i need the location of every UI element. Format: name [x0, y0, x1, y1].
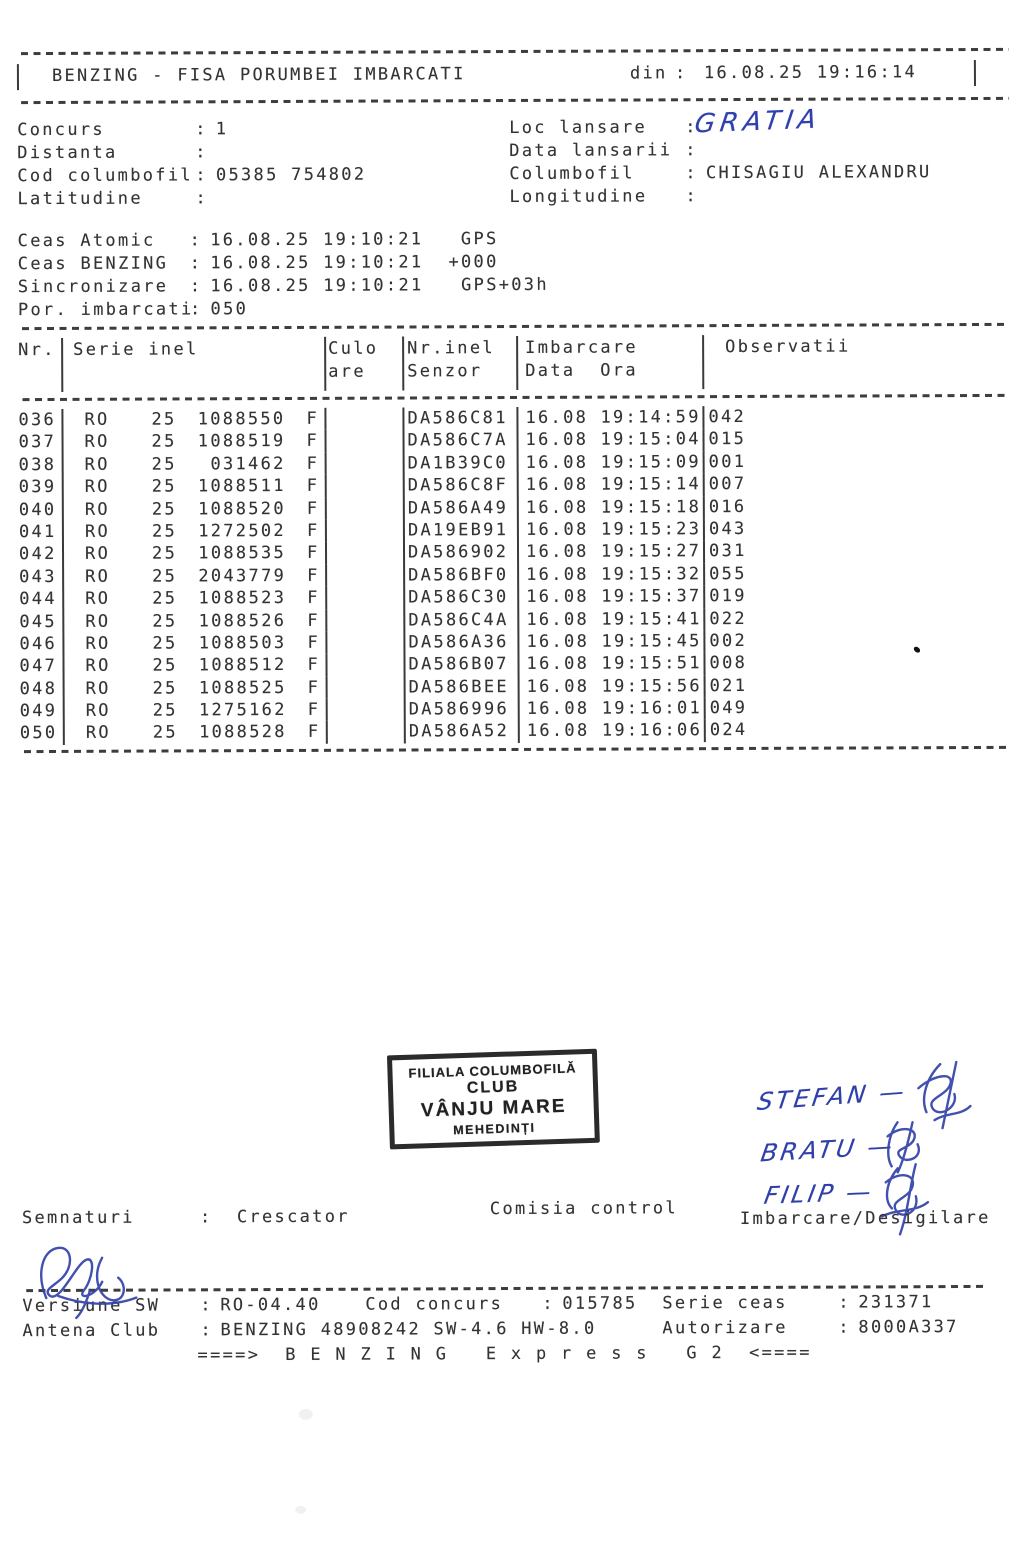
antena-club-label: Antena Club — [22, 1321, 160, 1342]
cell-data: 16.08 — [526, 563, 589, 586]
cell-senzor: DA586A52 — [409, 720, 509, 743]
column-separator — [402, 430, 404, 452]
cell-data: 16.08 — [526, 653, 589, 676]
info-separator: : — [685, 140, 698, 160]
cell-data: 16.08 — [526, 496, 589, 519]
col-header-serie: Serie inel — [73, 339, 198, 360]
cell-ora: 19:15:09 — [601, 451, 701, 474]
cod-concurs-separator: : — [542, 1294, 555, 1314]
column-separator — [325, 587, 327, 609]
versiune-sw-value: RO-04.40 — [220, 1295, 320, 1315]
autorizare-value: 8000A337 — [858, 1317, 958, 1337]
info-label: Data lansarii — [509, 139, 685, 163]
cell-nr: 046 — [19, 633, 59, 656]
clock-value: 16.08.25 19:10:21 GPS+03h — [210, 275, 549, 296]
column-separator — [326, 699, 328, 721]
info-separator: : — [195, 142, 208, 162]
handwritten-name: FILIP — — [762, 1178, 876, 1210]
column-separator — [403, 564, 405, 586]
clock-label: Sincronizare — [18, 275, 190, 299]
column-separator — [518, 676, 520, 698]
column-separator — [61, 338, 63, 392]
cell-nr: 036 — [18, 409, 58, 432]
column-separator — [703, 652, 705, 674]
col-header-ora: Ora — [600, 360, 638, 380]
cell-nr: 044 — [19, 588, 59, 611]
column-separator — [517, 586, 519, 608]
cell-sex: F — [307, 497, 320, 519]
clock-line: Sincronizare:16.08.25 19:10:21 GPS+03h — [18, 274, 549, 299]
info-line: Data lansarii: — [509, 138, 931, 163]
cell-data: 16.08 — [526, 631, 589, 654]
cell-data: 16.08 — [527, 720, 590, 743]
cell-year: 25 — [152, 498, 177, 521]
column-separator — [703, 585, 705, 607]
cell-observatii: 024 — [710, 719, 748, 742]
column-separator — [62, 588, 64, 610]
scan-smudge — [295, 1506, 306, 1514]
column-separator — [403, 587, 405, 609]
scan-smudge — [299, 1409, 313, 1420]
info-line: Distanta: — [17, 141, 366, 166]
column-separator — [702, 335, 704, 389]
cell-sex: F — [307, 654, 320, 676]
info-line: Cod columbofil:05385 754802 — [17, 164, 366, 189]
cell-observatii: 031 — [709, 540, 747, 563]
column-separator — [325, 475, 327, 497]
info-separator: : — [195, 119, 208, 139]
cell-year: 25 — [152, 520, 177, 543]
cell-year: 25 — [153, 722, 178, 745]
cell-senzor: DA586A49 — [408, 497, 508, 520]
info-label: Columbofil — [509, 162, 685, 186]
cell-year: 25 — [152, 453, 177, 476]
column-separator — [703, 496, 705, 518]
column-separator — [324, 408, 326, 430]
clock-separator: : — [190, 299, 203, 319]
semnaturi-label: Semnaturi — [22, 1208, 135, 1228]
column-separator — [325, 609, 327, 631]
cell-country: RO — [85, 588, 110, 611]
cell-sex: F — [306, 408, 319, 430]
divider — [22, 394, 1008, 401]
cell-year: 25 — [152, 476, 177, 499]
cell-senzor: DA586C81 — [407, 407, 507, 430]
info-label: Longitudine — [509, 185, 685, 209]
info-label: Concurs — [17, 118, 195, 142]
crescator-label: Crescator — [237, 1207, 350, 1227]
divider — [24, 746, 1010, 753]
column-separator — [62, 566, 64, 588]
column-separator — [704, 675, 706, 697]
col-header-senzor-2: Senzor — [407, 361, 482, 381]
info-value: 1 — [216, 119, 229, 139]
cell-ring: 031462 — [182, 453, 286, 476]
autorizare-label: Autorizare — [662, 1318, 787, 1339]
column-separator — [517, 564, 519, 586]
column-separator — [325, 654, 327, 676]
column-separator — [517, 452, 519, 474]
cell-country: RO — [86, 700, 111, 723]
info-value: 05385 754802 — [216, 165, 367, 186]
clock-value: 16.08.25 19:10:21 GPS — [210, 229, 498, 250]
cell-ring: 1088520 — [182, 498, 286, 521]
cell-data: 16.08 — [525, 407, 588, 430]
col-header-data: Data — [525, 361, 575, 381]
serie-ceas-separator: : — [838, 1293, 851, 1313]
col-header-culoare-2: are — [328, 362, 366, 382]
cell-sex: F — [308, 721, 321, 743]
cell-country: RO — [86, 677, 111, 700]
cell-country: RO — [85, 610, 110, 633]
column-separator — [403, 497, 405, 519]
cell-sex: F — [307, 520, 320, 542]
cell-country: RO — [85, 476, 110, 499]
handwritten-name: STEFAN — — [756, 1077, 909, 1116]
info-line: Longitudine: — [509, 184, 931, 209]
cell-data: 16.08 — [526, 519, 589, 542]
cell-data: 16.08 — [527, 675, 590, 698]
clock-value: 050 — [210, 299, 248, 319]
cell-observatii: 007 — [709, 473, 747, 496]
column-separator — [704, 697, 706, 719]
clock-separator: : — [190, 253, 203, 273]
handwritten-names: STEFAN — BRATU — FILIP — — [0, 0, 1021, 2]
cell-ora: 19:15:41 — [601, 608, 701, 631]
cell-country: RO — [85, 498, 110, 521]
column-separator — [517, 541, 519, 563]
cell-sex: F — [308, 699, 321, 721]
cell-sex: F — [306, 430, 319, 452]
clock-value: 16.08.25 19:10:21 +000 — [210, 252, 498, 273]
cell-observatii: 021 — [710, 675, 748, 698]
col-header-culoare-1: Culo — [328, 339, 378, 359]
cell-sex: F — [307, 587, 320, 609]
cell-ora: 19:16:01 — [602, 697, 702, 720]
cell-country: RO — [84, 409, 109, 432]
antena-club-value: BENZING 48908242 SW-4.6 HW-8.0 — [220, 1319, 596, 1341]
cod-concurs-value: 015785 — [562, 1293, 637, 1313]
col-header-imbarcare: Imbarcare — [525, 337, 638, 357]
column-separator — [702, 429, 704, 451]
cell-ring: 2043779 — [182, 565, 286, 588]
title-box-right-pipe — [974, 60, 976, 86]
column-separator — [325, 453, 327, 475]
cell-country: RO — [85, 633, 110, 656]
clock-block: Ceas Atomic:16.08.25 19:10:21 GPS Ceas B… — [18, 228, 549, 322]
cell-senzor: DA1B39C0 — [408, 452, 508, 475]
serie-ceas-label: Serie ceas — [662, 1293, 787, 1314]
comisia-control-label: Comisia control — [490, 1198, 678, 1219]
cell-senzor: DA586B07 — [408, 653, 508, 676]
cell-nr: 038 — [19, 454, 59, 477]
cell-nr: 050 — [20, 722, 60, 745]
cell-nr: 039 — [19, 476, 59, 499]
cell-ring: 1088511 — [182, 475, 286, 498]
cell-senzor: DA586BEE — [409, 676, 509, 699]
cell-year: 25 — [153, 677, 178, 700]
cell-sex: F — [308, 677, 321, 699]
cell-country: RO — [85, 454, 110, 477]
clock-separator: : — [190, 276, 203, 296]
column-separator — [62, 499, 64, 521]
divider — [22, 323, 1008, 330]
cell-ring: 1088519 — [181, 430, 285, 453]
cell-nr: 042 — [19, 543, 59, 566]
column-separator — [62, 543, 64, 565]
scanned-benzing-form: BENZING - FISA PORUMBEI IMBARCATI din : … — [0, 0, 1024, 1553]
cell-sex: F — [307, 542, 320, 564]
column-separator — [402, 407, 404, 429]
column-separator — [516, 336, 518, 390]
clock-line: Ceas BENZING:16.08.25 19:10:21 +000 — [18, 251, 549, 276]
info-separator: : — [685, 186, 698, 206]
handwritten-loc-lansare: GRATIA — [693, 104, 823, 139]
cell-ring: 1088512 — [182, 654, 286, 677]
cell-ring: 1088550 — [181, 408, 285, 431]
cell-sex: F — [307, 632, 320, 654]
cell-senzor: DA586902 — [408, 541, 508, 564]
cod-concurs-label: Cod concurs — [365, 1294, 503, 1315]
cell-ring: 1275162 — [183, 699, 287, 722]
cell-data: 16.08 — [526, 474, 589, 497]
cell-senzor: DA586C8F — [408, 474, 508, 497]
col-header-senzor-1: Nr.inel — [407, 338, 495, 358]
cell-year: 25 — [152, 632, 177, 655]
cell-country: RO — [85, 565, 110, 588]
antena-club-separator: : — [200, 1320, 213, 1340]
cell-data: 16.08 — [527, 698, 590, 721]
cell-observatii: 019 — [709, 585, 747, 608]
versiune-sw-separator: : — [200, 1295, 213, 1315]
clock-line: Ceas Atomic:16.08.25 19:10:21 GPS — [18, 228, 549, 253]
cell-nr: 045 — [19, 610, 59, 633]
column-separator — [324, 430, 326, 452]
cell-sex: F — [307, 609, 320, 631]
cell-data: 16.08 — [526, 451, 589, 474]
info-label: Loc lansare — [509, 116, 685, 140]
cell-data: 16.08 — [526, 586, 589, 609]
col-header-observatii: Observatii — [725, 337, 850, 358]
cell-ora: 19:15:14 — [601, 473, 701, 496]
cell-senzor: DA586C7A — [407, 429, 507, 452]
cell-data: 16.08 — [526, 608, 589, 631]
pigeon-table: 036 RO 25 1088550 F DA586C81 16.08 19:14… — [18, 405, 1005, 745]
cell-data: 16.08 — [525, 429, 588, 452]
column-separator — [403, 609, 405, 631]
column-separator — [703, 630, 705, 652]
column-separator — [702, 406, 704, 428]
breeder-signature-scribble — [32, 1239, 172, 1320]
column-separator — [63, 722, 65, 744]
cell-nr: 040 — [19, 499, 59, 522]
semnaturi-separator: : — [200, 1207, 213, 1227]
cell-nr: 048 — [20, 678, 60, 701]
column-separator — [518, 698, 520, 720]
divider — [21, 97, 1009, 104]
column-separator — [517, 519, 519, 541]
column-separator — [517, 474, 519, 496]
cell-country: RO — [85, 521, 110, 544]
cell-year: 25 — [152, 655, 177, 678]
column-separator — [518, 720, 520, 742]
page-title: BENZING - FISA PORUMBEI IMBARCATI — [52, 64, 466, 86]
cell-ora: 19:15:51 — [601, 652, 701, 675]
column-separator — [404, 676, 406, 698]
cell-ring: 1088503 — [182, 632, 286, 655]
column-separator — [703, 473, 705, 495]
cell-year: 25 — [152, 588, 177, 611]
clock-label: Ceas Atomic — [18, 229, 190, 253]
col-header-nr: Nr. — [18, 340, 56, 360]
cell-observatii: 008 — [709, 652, 747, 675]
cell-nr: 041 — [19, 521, 59, 544]
cell-senzor: DA586BF0 — [408, 564, 508, 587]
cell-ora: 19:16:06 — [602, 720, 702, 743]
cell-year: 25 — [151, 431, 176, 454]
cell-nr: 047 — [19, 655, 59, 678]
column-separator — [62, 633, 64, 655]
cell-ora: 19:14:59 — [600, 406, 700, 429]
cell-ora: 19:15:18 — [601, 496, 701, 519]
column-separator — [403, 519, 405, 541]
cell-data: 16.08 — [526, 541, 589, 564]
cell-year: 25 — [153, 700, 178, 723]
info-label: Latitudine — [17, 187, 195, 211]
clock-label: Ceas BENZING — [18, 252, 190, 276]
column-separator — [326, 676, 328, 698]
info-line: Latitudine: — [17, 187, 366, 212]
cell-nr: 043 — [19, 566, 59, 589]
column-separator — [325, 632, 327, 654]
column-separator — [703, 608, 705, 630]
column-separator — [403, 631, 405, 653]
column-separator — [403, 542, 405, 564]
table-header: Nr. Serie inel Culo are Nr.inel Senzor I… — [18, 336, 1004, 392]
info-line: Concurs:1 — [17, 118, 366, 143]
column-separator — [703, 518, 705, 540]
info-separator: : — [685, 163, 698, 183]
column-separator — [403, 654, 405, 676]
din-label: din — [630, 63, 668, 83]
handwritten-name-text: STEFAN — — [756, 1077, 909, 1116]
clock-label: Por. imbarcati — [18, 298, 190, 322]
info-separator: : — [195, 165, 208, 185]
column-separator — [704, 720, 706, 742]
column-separator — [326, 721, 328, 743]
cell-year: 25 — [151, 408, 176, 431]
info-label: Cod columbofil — [17, 164, 195, 188]
info-label: Distanta — [17, 141, 195, 165]
cell-ring: 1088535 — [182, 542, 286, 565]
cell-observatii: 042 — [708, 406, 746, 429]
column-separator — [516, 407, 518, 429]
cell-senzor: DA586996 — [409, 698, 509, 721]
autorizare-separator: : — [838, 1318, 851, 1338]
column-separator — [403, 475, 405, 497]
cell-country: RO — [85, 543, 110, 566]
column-separator — [404, 699, 406, 721]
column-separator — [404, 721, 406, 743]
handwritten-name-text: FILIP — — [762, 1178, 876, 1210]
column-separator — [516, 429, 518, 451]
column-separator — [61, 409, 63, 431]
column-separator — [63, 700, 65, 722]
din-timestamp: 16.08.25 19:16:14 — [704, 62, 917, 83]
column-separator — [325, 542, 327, 564]
cell-observatii: 055 — [709, 563, 747, 586]
cell-country: RO — [86, 722, 111, 745]
club-stamp: FILIALA COLUMBOFILĂ CLUB VÂNJU MARE MEHE… — [387, 1049, 600, 1150]
cell-ring: 1272502 — [182, 520, 286, 543]
cell-observatii: 043 — [709, 518, 747, 541]
cell-nr: 049 — [20, 700, 60, 723]
cell-ring: 1088526 — [182, 609, 286, 632]
cell-sex: F — [307, 453, 320, 475]
cell-year: 25 — [152, 610, 177, 633]
column-separator — [703, 563, 705, 585]
cell-sex: F — [307, 475, 320, 497]
divider — [21, 48, 1009, 55]
info-left-column: Concurs:1 Distanta: Cod columbofil:05385… — [17, 118, 366, 212]
column-separator — [62, 454, 64, 476]
column-separator — [517, 653, 519, 675]
cell-senzor: DA19EB91 — [408, 519, 508, 542]
din-separator: : — [675, 63, 688, 83]
info-separator: : — [195, 188, 208, 208]
title-box-left-pipe — [17, 64, 19, 90]
column-separator — [325, 497, 327, 519]
cell-senzor: DA586C30 — [408, 586, 508, 609]
cell-observatii: 022 — [709, 607, 747, 630]
info-line: Columbofil:CHISAGIU ALEXANDRU — [509, 161, 931, 186]
cell-ora: 19:15:56 — [602, 675, 702, 698]
column-separator — [517, 497, 519, 519]
column-separator — [62, 655, 64, 677]
cell-year: 25 — [152, 543, 177, 566]
cell-ora: 19:15:27 — [601, 541, 701, 564]
column-separator — [403, 452, 405, 474]
clock-separator: : — [190, 230, 203, 250]
column-separator — [61, 431, 63, 453]
cell-ring: 1088528 — [183, 721, 287, 744]
column-separator — [517, 608, 519, 630]
cell-ora: 19:15:45 — [601, 630, 701, 653]
cell-country: RO — [85, 655, 110, 678]
column-separator — [63, 678, 65, 700]
column-separator — [62, 521, 64, 543]
cell-observatii: 001 — [709, 451, 747, 474]
cell-ring: 1088523 — [182, 587, 286, 610]
column-separator — [703, 540, 705, 562]
cell-senzor: DA586C4A — [408, 609, 508, 632]
cell-ora: 19:15:23 — [601, 518, 701, 541]
cell-country: RO — [84, 431, 109, 454]
cell-observatii: 016 — [709, 496, 747, 519]
cell-observatii: 015 — [708, 428, 746, 451]
cell-sex: F — [307, 565, 320, 587]
cell-ora: 19:15:37 — [601, 585, 701, 608]
cell-ora: 19:15:04 — [600, 429, 700, 452]
column-separator — [324, 337, 326, 391]
cell-nr: 037 — [18, 431, 58, 454]
column-separator — [402, 336, 404, 390]
column-separator — [517, 631, 519, 653]
cell-observatii: 049 — [710, 697, 748, 720]
column-separator — [62, 610, 64, 632]
column-separator — [703, 451, 705, 473]
table-row: 050 RO 25 1088528 F DA586A52 16.08 19:16… — [20, 718, 1006, 745]
